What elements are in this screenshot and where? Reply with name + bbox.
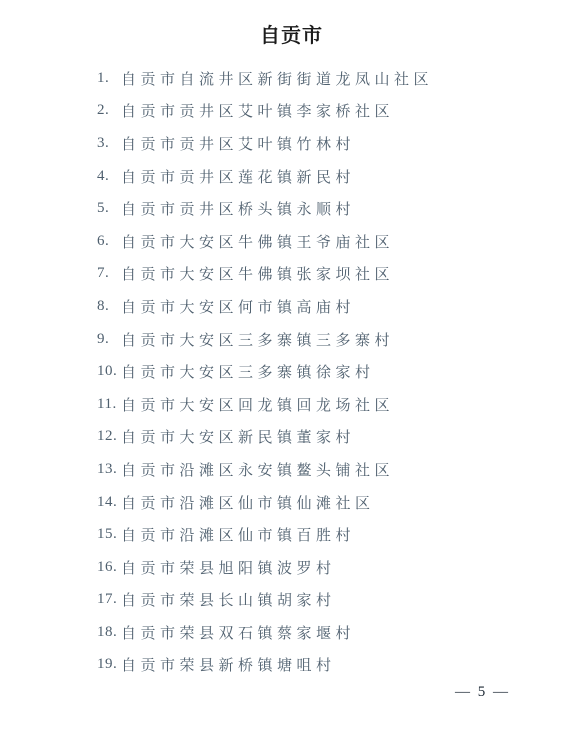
list-item: 8.自贡市大安区何市镇高庙村 — [97, 290, 563, 323]
list-item-number: 4. — [97, 168, 121, 185]
document-page: 自贡市 1.自贡市自流井区新街街道龙凤山社区2.自贡市贡井区艾叶镇李家桥社区3.… — [0, 0, 583, 733]
list-item-text: 自贡市荣县旭阳镇波罗村 — [121, 557, 336, 578]
list-item-number: 3. — [97, 135, 121, 152]
list-item-text: 自贡市大安区牛佛镇张家坝社区 — [121, 263, 394, 284]
list-item: 7.自贡市大安区牛佛镇张家坝社区 — [97, 258, 563, 291]
list-item: 3.自贡市贡井区艾叶镇竹林村 — [97, 127, 563, 160]
list-item-number: 10. — [97, 363, 121, 380]
list-item-text: 自贡市大安区何市镇高庙村 — [121, 296, 355, 317]
list-item-text: 自贡市大安区三多寨镇徐家村 — [121, 361, 375, 382]
list-item-number: 11. — [97, 396, 121, 413]
list-item-text: 自贡市自流井区新街街道龙凤山社区 — [121, 68, 433, 89]
list-item-text: 自贡市大安区回龙镇回龙场社区 — [121, 394, 394, 415]
list-item-number: 8. — [97, 298, 121, 315]
list-item: 17.自贡市荣县长山镇胡家村 — [97, 584, 563, 617]
list-item-text: 自贡市大安区牛佛镇王爷庙社区 — [121, 231, 394, 252]
list-item-text: 自贡市沿滩区仙市镇仙滩社区 — [121, 492, 375, 513]
list-item-number: 9. — [97, 331, 121, 348]
list-item-text: 自贡市大安区新民镇董家村 — [121, 426, 355, 447]
list-item: 14.自贡市沿滩区仙市镇仙滩社区 — [97, 486, 563, 519]
list-item: 4.自贡市贡井区莲花镇新民村 — [97, 160, 563, 193]
page-title: 自贡市 — [0, 19, 583, 48]
community-list: 1.自贡市自流井区新街街道龙凤山社区2.自贡市贡井区艾叶镇李家桥社区3.自贡市贡… — [97, 62, 563, 681]
list-item: 6.自贡市大安区牛佛镇王爷庙社区 — [97, 225, 563, 258]
list-item-text: 自贡市贡井区莲花镇新民村 — [121, 166, 355, 187]
list-item-text: 自贡市大安区三多寨镇三多寨村 — [121, 329, 394, 350]
list-item-number: 17. — [97, 591, 121, 608]
list-item-number: 12. — [97, 428, 121, 445]
list-item-text: 自贡市贡井区艾叶镇竹林村 — [121, 133, 355, 154]
list-item: 2.自贡市贡井区艾叶镇李家桥社区 — [97, 95, 563, 128]
list-item-number: 15. — [97, 526, 121, 543]
list-item-number: 7. — [97, 265, 121, 282]
list-item-text: 自贡市荣县双石镇蔡家堰村 — [121, 622, 355, 643]
list-item-number: 19. — [97, 656, 121, 673]
list-item-text: 自贡市沿滩区永安镇鳌头铺社区 — [121, 459, 394, 480]
list-item-number: 6. — [97, 233, 121, 250]
list-item: 16.自贡市荣县旭阳镇波罗村 — [97, 551, 563, 584]
list-item-number: 2. — [97, 102, 121, 119]
list-item-text: 自贡市荣县新桥镇塘咀村 — [121, 654, 336, 675]
list-item-text: 自贡市贡井区桥头镇永顺村 — [121, 198, 355, 219]
list-item: 10.自贡市大安区三多寨镇徐家村 — [97, 355, 563, 388]
list-item: 12.自贡市大安区新民镇董家村 — [97, 421, 563, 454]
list-item-number: 14. — [97, 494, 121, 511]
list-item: 1.自贡市自流井区新街街道龙凤山社区 — [97, 62, 563, 95]
list-item: 9.自贡市大安区三多寨镇三多寨村 — [97, 323, 563, 356]
list-item-number: 13. — [97, 461, 121, 478]
list-item-text: 自贡市贡井区艾叶镇李家桥社区 — [121, 100, 394, 121]
list-item: 19.自贡市荣县新桥镇塘咀村 — [97, 649, 563, 682]
page-number: — 5 — — [455, 684, 510, 701]
list-item: 15.自贡市沿滩区仙市镇百胜村 — [97, 518, 563, 551]
list-item: 11.自贡市大安区回龙镇回龙场社区 — [97, 388, 563, 421]
list-item-number: 1. — [97, 70, 121, 87]
list-item: 13.自贡市沿滩区永安镇鳌头铺社区 — [97, 453, 563, 486]
list-item-text: 自贡市沿滩区仙市镇百胜村 — [121, 524, 355, 545]
list-item-number: 18. — [97, 624, 121, 641]
list-item: 5.自贡市贡井区桥头镇永顺村 — [97, 192, 563, 225]
list-item-number: 16. — [97, 559, 121, 576]
list-item-text: 自贡市荣县长山镇胡家村 — [121, 589, 336, 610]
list-item: 18.自贡市荣县双石镇蔡家堰村 — [97, 616, 563, 649]
list-item-number: 5. — [97, 200, 121, 217]
